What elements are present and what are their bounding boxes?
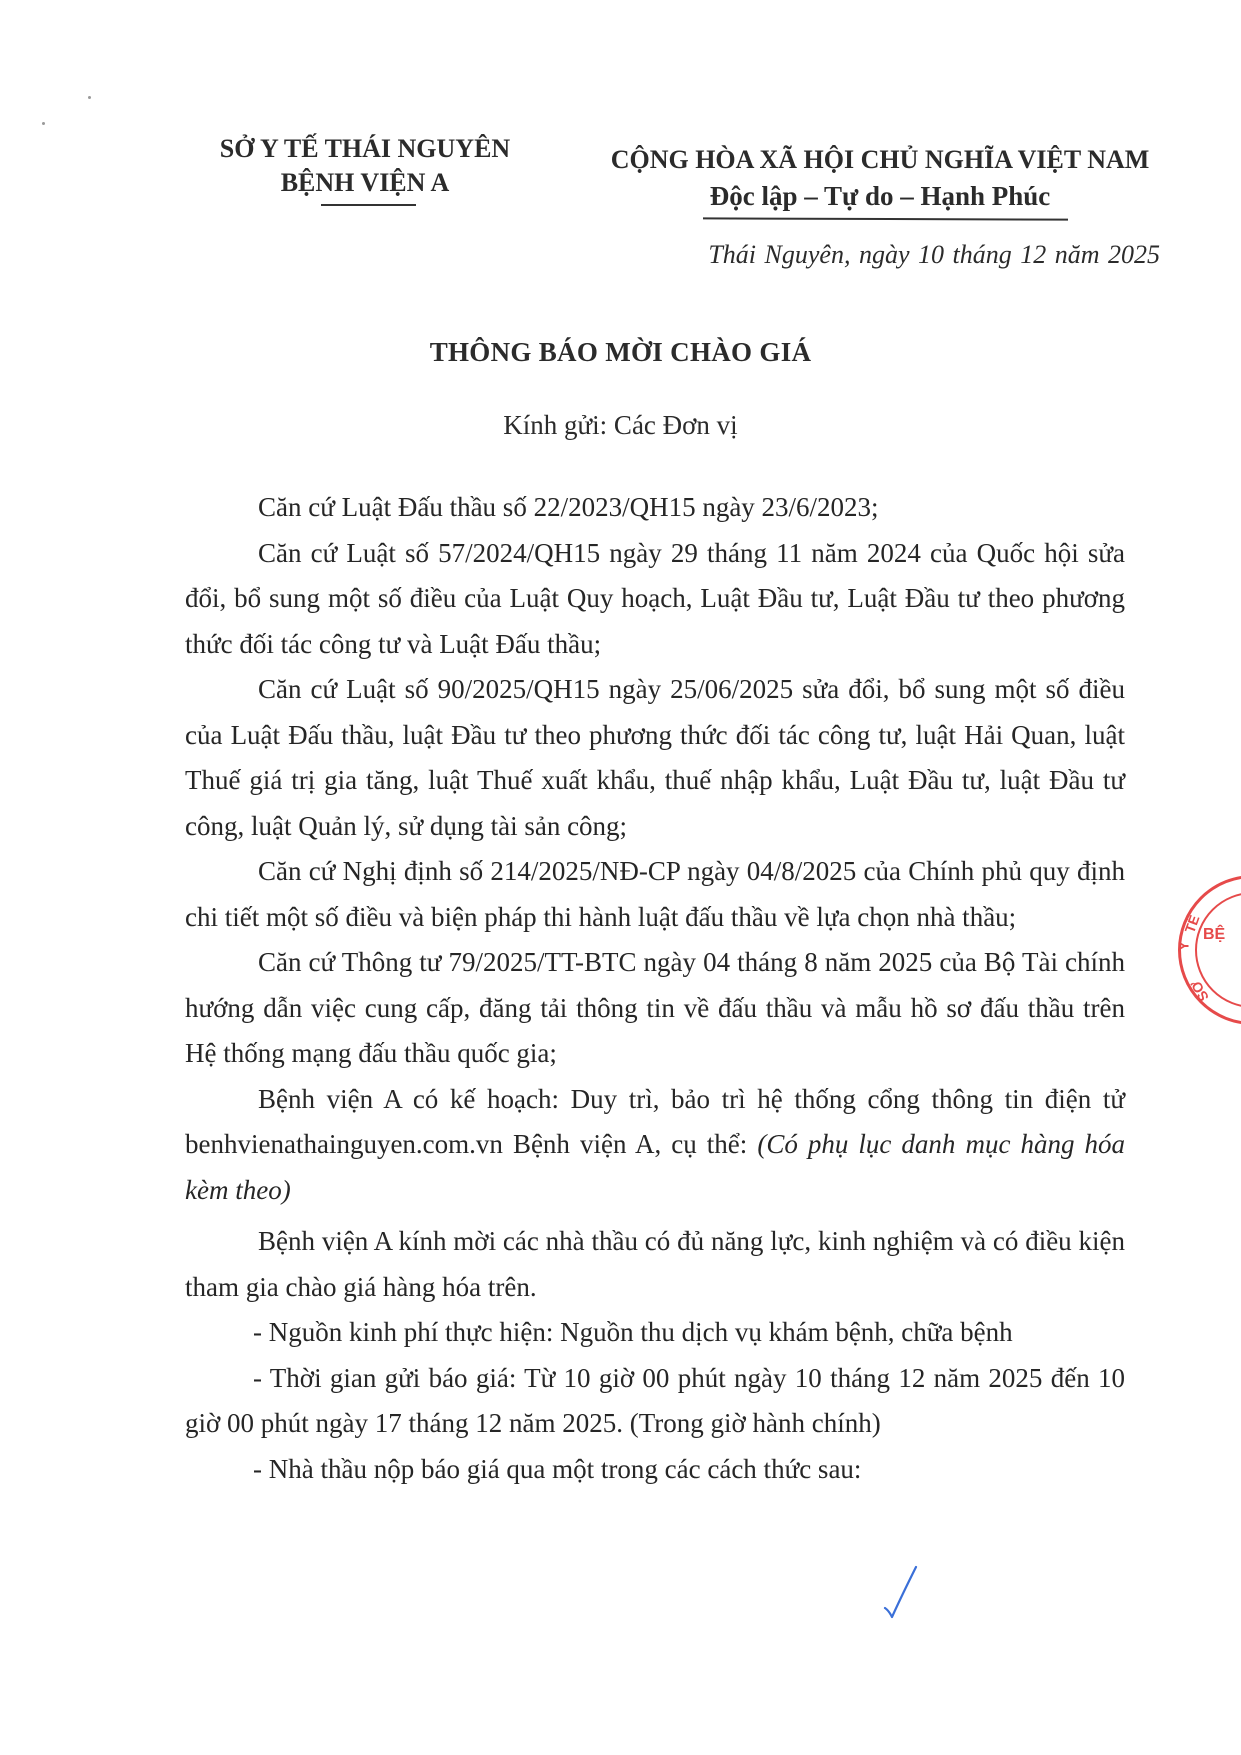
- agency-underline: [321, 204, 416, 206]
- plan-paragraph: Bệnh viện A có kế hoạch: Duy trì, bảo tr…: [185, 1077, 1125, 1214]
- recipient-line: Kính gửi: Các Đơn vị: [0, 410, 1241, 441]
- parent-agency: SỞ Y TẾ THÁI NGUYÊN: [155, 132, 575, 166]
- motto-underline: [702, 217, 1067, 220]
- scan-speck: [42, 122, 45, 125]
- scan-speck: [88, 96, 91, 99]
- handwritten-check-icon: [880, 1565, 920, 1623]
- stamp-text: BỆ: [1203, 926, 1225, 944]
- legal-basis-paragraph: Căn cứ Nghị định số 214/2025/NĐ-CP ngày …: [185, 849, 1125, 940]
- submission-time-item: - Thời gian gửi báo giá: Từ 10 giờ 00 ph…: [185, 1356, 1125, 1447]
- hospital-name: BỆNH VIỆN A: [155, 166, 575, 200]
- document-body: Căn cứ Luật Đấu thầu số 22/2023/QH15 ngà…: [185, 485, 1125, 1492]
- funding-source-item: - Nguồn kinh phí thực hiện: Nguồn thu dị…: [185, 1310, 1125, 1356]
- issuing-agency: SỞ Y TẾ THÁI NGUYÊN BỆNH VIỆN A: [155, 132, 575, 206]
- legal-basis-paragraph: Căn cứ Luật Đấu thầu số 22/2023/QH15 ngà…: [185, 485, 1125, 531]
- legal-basis-paragraph: Căn cứ Luật số 90/2025/QH15 ngày 25/06/2…: [185, 667, 1125, 849]
- legal-basis-paragraph: Căn cứ Thông tư 79/2025/TT-BTC ngày 04 t…: [185, 940, 1125, 1077]
- national-header: CỘNG HÒA XÃ HỘI CHỦ NGHĨA VIỆT NAM Độc l…: [585, 142, 1175, 220]
- document-page: SỞ Y TẾ THÁI NGUYÊN BỆNH VIỆN A CỘNG HÒA…: [0, 0, 1241, 1755]
- submission-methods-item: - Nhà thầu nộp báo giá qua một trong các…: [185, 1447, 1125, 1493]
- legal-basis-paragraph: Căn cứ Luật số 57/2024/QH15 ngày 29 thán…: [185, 531, 1125, 668]
- place-date: Thái Nguyên, ngày 10 tháng 12 năm 2025: [640, 240, 1160, 270]
- invitation-paragraph: Bệnh viện A kính mời các nhà thầu có đủ …: [185, 1219, 1125, 1310]
- official-red-stamp: TẾ Y SỞ BỆ: [1178, 875, 1241, 1025]
- national-title: CỘNG HÒA XÃ HỘI CHỦ NGHĨA VIỆT NAM: [585, 142, 1175, 178]
- document-title: THÔNG BÁO MỜI CHÀO GIÁ: [0, 337, 1241, 368]
- stamp-text: Y: [1176, 941, 1192, 950]
- national-motto: Độc lập – Tự do – Hạnh Phúc: [585, 178, 1175, 214]
